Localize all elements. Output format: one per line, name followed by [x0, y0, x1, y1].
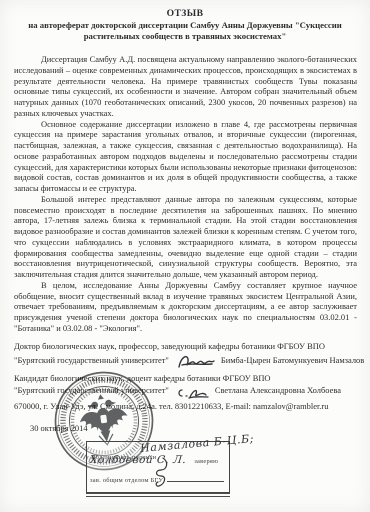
clerk-signature-icon: [149, 456, 175, 490]
document-subtitle-line1: на автореферат докторской диссертации Са…: [0, 20, 370, 31]
signatory-namzalov-block: Доктор биологических наук, профессор, за…: [14, 341, 362, 367]
signatory-namzalov-titles: Доктор биологических наук, профессор, за…: [14, 341, 362, 353]
paragraph-conclusion: В целом, исследование Анны Доржуевны Сам…: [14, 280, 357, 334]
signatory-kholboeva-name: Светлана Александровна Холбоева: [215, 385, 341, 397]
document-body: Диссертация Самбуу А.Д. посвящена актуал…: [14, 54, 357, 334]
namzalov-signature-icon: [176, 353, 216, 371]
signatory-namzalov-name: Бимба-Цырен Батомункуевич Намзалов: [221, 355, 364, 367]
kholboeva-signature-icon: [176, 385, 210, 401]
certify-suffix-label: заверяю: [194, 458, 218, 465]
document-title: ОТЗЫВ: [0, 7, 370, 20]
document-header: ОТЗЫВ на автореферат докторской диссерта…: [0, 7, 370, 43]
paragraph-introduction: Диссертация Самбуу А.Д. посвящена актуал…: [14, 54, 357, 119]
document-subtitle-line2: растительных сообществ в травяных экосис…: [0, 31, 370, 42]
signature-underline: [167, 474, 224, 482]
paragraph-main-content: Основное содержание диссертации изложено…: [14, 119, 357, 194]
scanned-review-document: ОТЗЫВ на автореферат докторской диссерта…: [0, 0, 370, 512]
double-headed-eagle-icon: [76, 391, 131, 448]
paragraph-fallow-successions: Большой интерес представляют данные авто…: [14, 194, 357, 280]
